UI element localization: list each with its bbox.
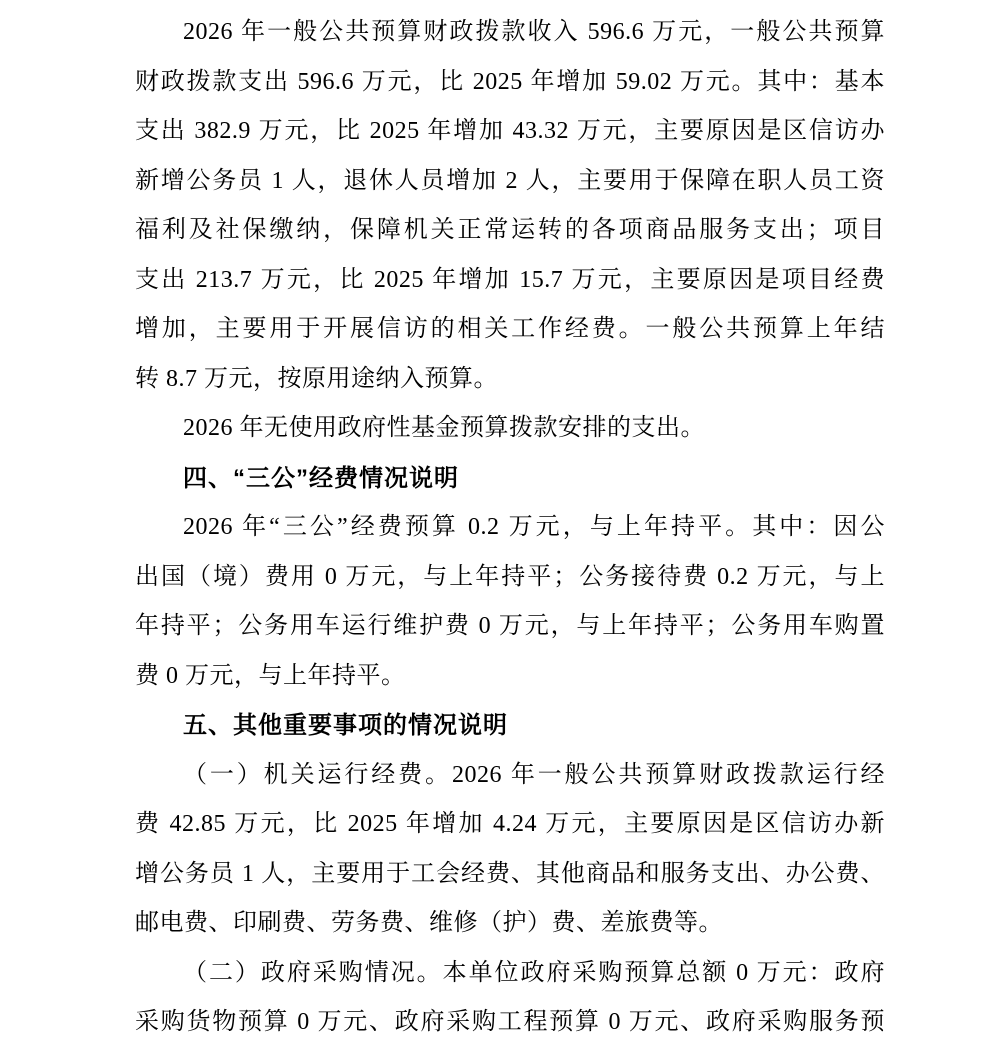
paragraph: 2026 年一般公共预算财政拨款收入 596.6 万元，一般公共预算财政拨款支出… [135, 8, 885, 404]
paragraph: （二）政府采购情况。本单位政府采购预算总额 0 万元：政府采购货物预算 0 万元… [135, 949, 885, 1048]
text-line: 2026 年一般公共预算财政拨款收入 596.6 万元，一般公共预算 [135, 8, 885, 58]
text-line: 财政拨款支出 596.6 万元，比 2025 年增加 59.02 万元。其中：基… [135, 58, 885, 108]
section-heading: 五、其他重要事项的情况说明 [135, 701, 885, 751]
paragraph: （一）机关运行经费。2026 年一般公共预算财政拨款运行经费 42.85 万元，… [135, 751, 885, 949]
text-line: 支出 213.7 万元，比 2025 年增加 15.7 万元，主要原因是项目经费 [135, 256, 885, 306]
paragraph: 2026 年“三公”经费预算 0.2 万元，与上年持平。其中：因公出国（境）费用… [135, 503, 885, 701]
section-heading: 四、“三公”经费情况说明 [135, 454, 885, 504]
paragraph: 2026 年无使用政府性基金预算拨款安排的支出。 [135, 404, 885, 454]
text-line: 转 8.7 万元，按原用途纳入预算。 [135, 355, 885, 405]
text-line: 出国（境）费用 0 万元，与上年持平；公务接待费 0.2 万元，与上 [135, 553, 885, 603]
text-line: 费 42.85 万元，比 2025 年增加 4.24 万元，主要原因是区信访办新 [135, 800, 885, 850]
text-line: 邮电费、印刷费、劳务费、维修（护）费、差旅费等。 [135, 899, 885, 949]
text-line: 费 0 万元，与上年持平。 [135, 652, 885, 702]
text-line: （二）政府采购情况。本单位政府采购预算总额 0 万元：政府 [135, 949, 885, 999]
text-line: 支出 382.9 万元，比 2025 年增加 43.32 万元，主要原因是区信访… [135, 107, 885, 157]
heading-text-line: 四、“三公”经费情况说明 [135, 454, 885, 504]
text-line: 新增公务员 1 人，退休人员增加 2 人，主要用于保障在职人员工资 [135, 157, 885, 207]
text-line: 2026 年“三公”经费预算 0.2 万元，与上年持平。其中：因公 [135, 503, 885, 553]
text-line: （一）机关运行经费。2026 年一般公共预算财政拨款运行经 [135, 751, 885, 801]
document-text-body: 2026 年一般公共预算财政拨款收入 596.6 万元，一般公共预算财政拨款支出… [0, 0, 1000, 1048]
text-line: 2026 年无使用政府性基金预算拨款安排的支出。 [135, 404, 885, 454]
text-line: 增公务员 1 人，主要用于工会经费、其他商品和服务支出、办公费、 [135, 850, 885, 900]
document-page: 2026 年一般公共预算财政拨款收入 596.6 万元，一般公共预算财政拨款支出… [0, 0, 1000, 1059]
heading-text-line: 五、其他重要事项的情况说明 [135, 701, 885, 751]
text-line: 年持平；公务用车运行维护费 0 万元，与上年持平；公务用车购置 [135, 602, 885, 652]
text-line: 采购货物预算 0 万元、政府采购工程预算 0 万元、政府采购服务预 [135, 998, 885, 1048]
text-line: 福利及社保缴纳，保障机关正常运转的各项商品服务支出；项目 [135, 206, 885, 256]
text-line: 增加，主要用于开展信访的相关工作经费。一般公共预算上年结 [135, 305, 885, 355]
